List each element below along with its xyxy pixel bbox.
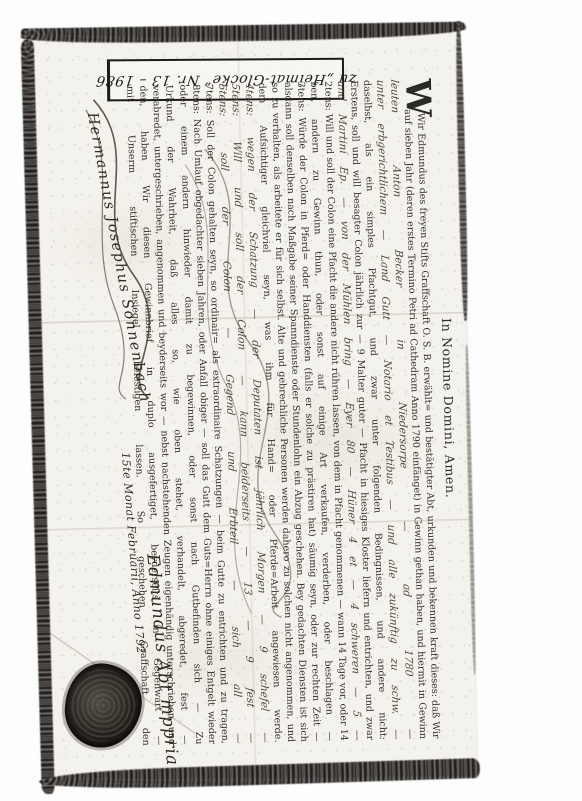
document-page: zu „Heimat-Glocke“ Nr. 13 – 1986 In Nomi…: [27, 25, 477, 783]
scan-edge-shadow-bottom: [39, 758, 480, 792]
document-content: In Nomine Domini, Amen. W Wir Edmundus d…: [98, 78, 464, 746]
scan-background: zu „Heimat-Glocke“ Nr. 13 – 1986 In Nomi…: [0, 0, 582, 801]
scan-edge-shadow-right: [455, 21, 469, 321]
scan-edge-shadow-top: [21, 22, 466, 45]
scan-edge-shadow-left: [21, 39, 55, 795]
scan-edge-shadow-right-lower: [465, 345, 477, 675]
